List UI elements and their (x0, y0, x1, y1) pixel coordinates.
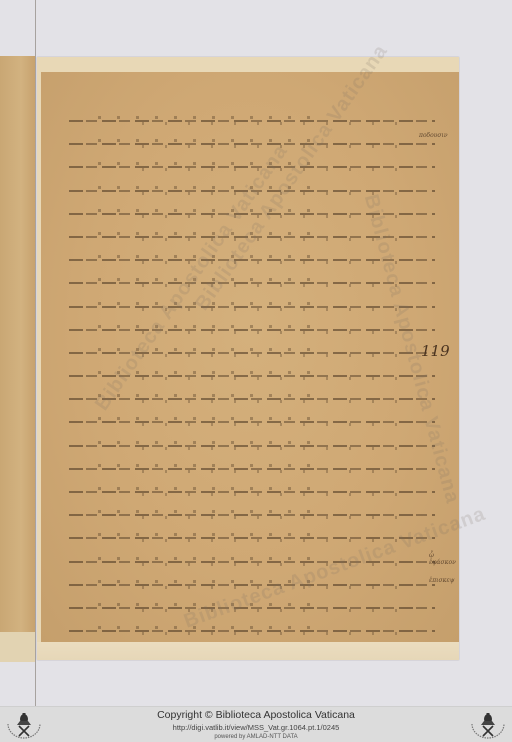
gutter-line (35, 0, 36, 742)
marginal-note: ᾧ ἐφάσκον (429, 552, 459, 566)
folio-edge (0, 632, 35, 662)
text-line (69, 491, 435, 493)
powered-by-text: powered by AMLAD-NTT DATA (0, 733, 512, 742)
text-line (69, 166, 435, 168)
text-line (69, 398, 435, 400)
parchment-surface: Biblioteca Apostolica Vaticana Bibliotec… (41, 72, 459, 642)
copyright-footer: Copyright © Biblioteca Apostolica Vatica… (0, 706, 512, 742)
text-line (69, 306, 435, 308)
text-line (69, 445, 435, 447)
text-line (69, 120, 435, 122)
text-line (69, 514, 435, 516)
marginal-note: ποδουσιν (419, 132, 448, 139)
manuscript-folio: Biblioteca Apostolica Vaticana Bibliotec… (37, 57, 459, 660)
text-line (69, 329, 435, 331)
folio-number: 119 (421, 342, 450, 360)
text-line (69, 282, 435, 284)
marginal-note: ἐπισκεψ (429, 577, 454, 584)
text-line (69, 630, 435, 632)
text-line (69, 421, 435, 423)
folio-edge (37, 642, 459, 660)
text-line (69, 143, 435, 145)
copyright-text: Copyright © Biblioteca Apostolica Vatica… (0, 709, 512, 722)
vatican-library-logo-icon (468, 710, 508, 740)
text-line (69, 468, 435, 470)
adjacent-folio-left (0, 56, 35, 662)
image-viewer: Biblioteca Apostolica Vaticana Bibliotec… (0, 0, 512, 706)
permalink-url[interactable]: http://digi.vatlib.it/view/MSS_Vat.gr.10… (0, 722, 512, 733)
